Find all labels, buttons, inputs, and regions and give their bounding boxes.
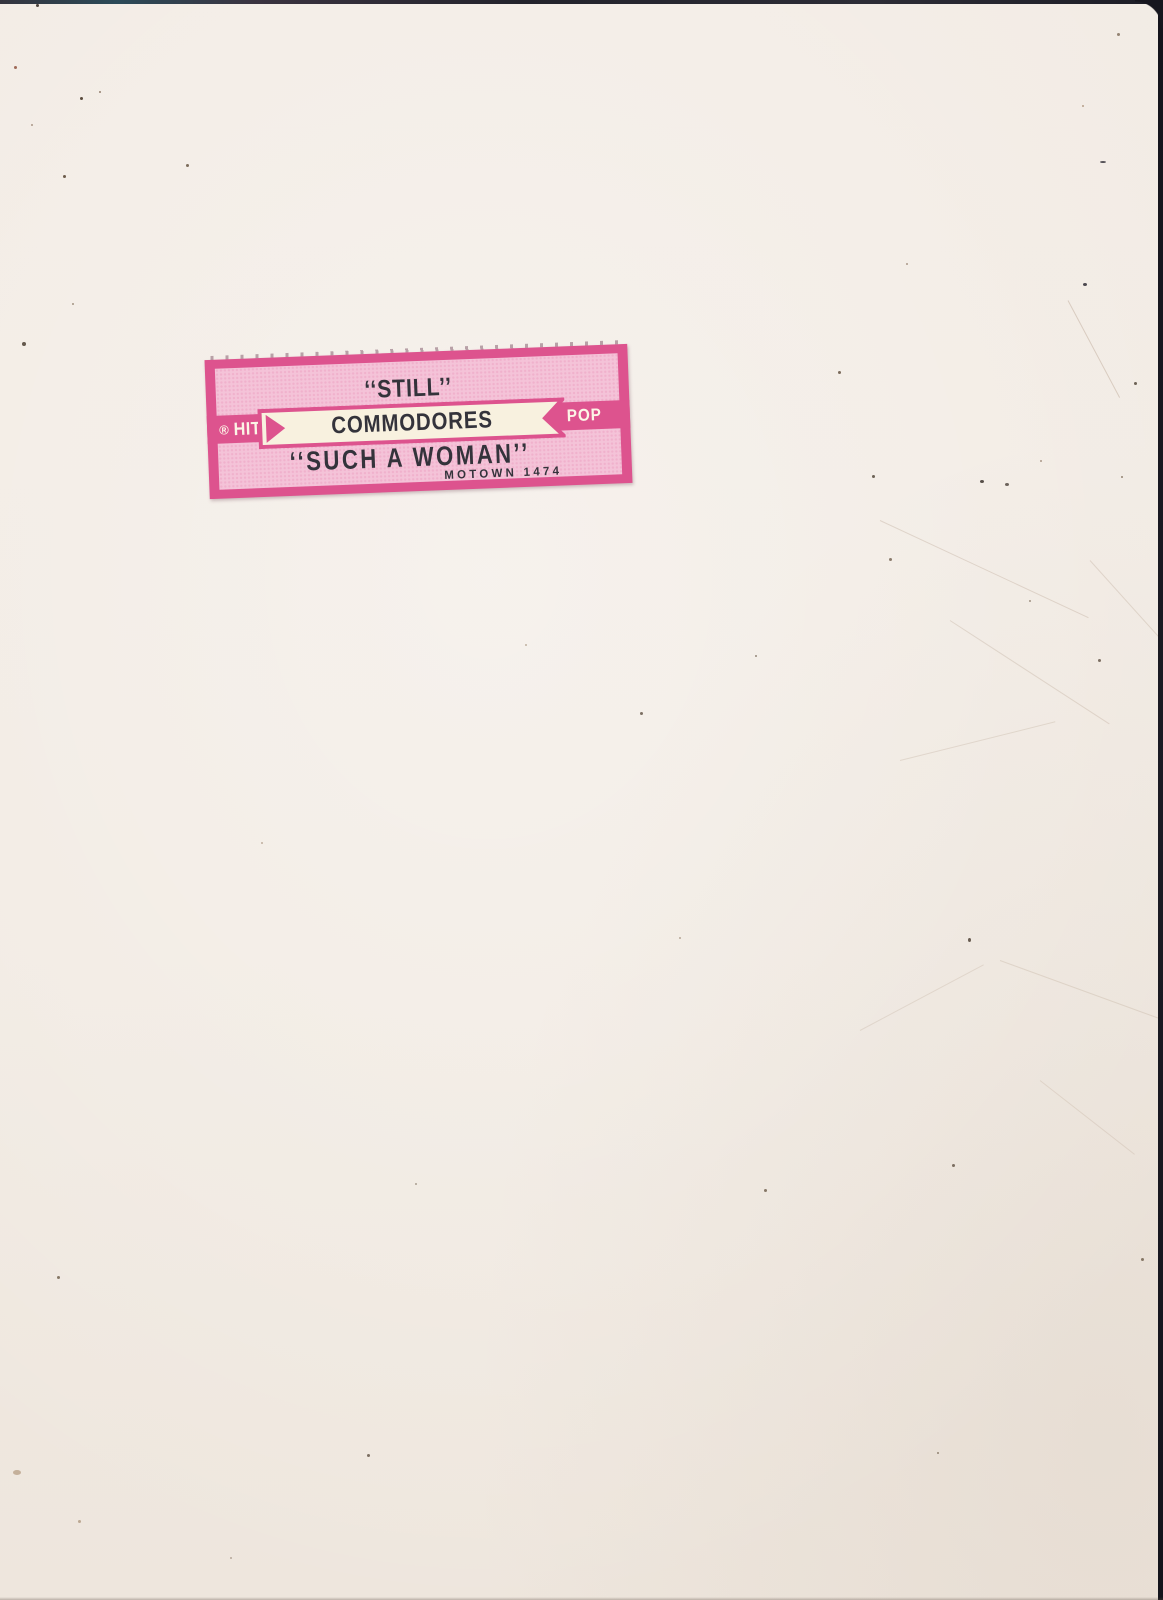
paper-speck xyxy=(1134,382,1137,385)
artist-name-text: COMMODORES xyxy=(330,406,492,440)
paper-speck xyxy=(889,558,892,561)
paper-speck xyxy=(1005,483,1009,486)
paper-speck xyxy=(1083,283,1087,286)
paper-speck xyxy=(838,371,841,374)
paper-speck xyxy=(1121,476,1123,478)
registered-mark-icon: ® xyxy=(219,423,229,436)
paper-speck xyxy=(952,1164,955,1167)
paper-speck xyxy=(57,1276,60,1279)
paper-speck xyxy=(1141,1258,1144,1261)
pop-badge: POP xyxy=(564,401,604,430)
paper-speck xyxy=(1040,460,1042,462)
paper-speck xyxy=(31,124,33,126)
paper-speck xyxy=(640,712,643,715)
paper-speck xyxy=(937,1452,939,1454)
paper-speck xyxy=(906,263,908,265)
paper-speck xyxy=(872,475,875,478)
paper-speck xyxy=(72,303,74,305)
paper-speck xyxy=(367,1454,370,1457)
scanner-edge-right xyxy=(1158,0,1163,1600)
paper-speck xyxy=(980,480,984,483)
paper-rounded-corner xyxy=(1135,0,1163,28)
song-title-top-text: ‘‘STILL’’ xyxy=(364,373,453,405)
paper-speck xyxy=(78,1520,81,1523)
paper-speck xyxy=(1082,105,1084,107)
paper-speck xyxy=(230,1557,232,1559)
paper-speck xyxy=(261,842,263,844)
paper-speck xyxy=(63,175,66,178)
paper-speck xyxy=(1098,659,1101,662)
paper-speck xyxy=(1100,161,1106,163)
paper-speck xyxy=(186,164,189,167)
paper-speck xyxy=(22,342,26,346)
paper-speck xyxy=(1029,600,1031,602)
paper-speck xyxy=(99,91,101,93)
paper-speck xyxy=(764,1189,767,1192)
paper-speck xyxy=(14,66,17,69)
paper-speck xyxy=(755,655,757,657)
paper-speck xyxy=(36,4,39,7)
paper-speck xyxy=(415,1183,417,1185)
scanned-paper-background xyxy=(0,0,1163,1600)
jukebox-title-strip: ‘‘STILL’’ ® HIT COMMODORES POP ‘‘SUCH A … xyxy=(204,344,632,499)
paper-speck xyxy=(679,937,681,939)
pop-badge-text: POP xyxy=(567,405,603,426)
paper-speck xyxy=(525,644,527,646)
paper-speck xyxy=(968,938,971,942)
scanner-edge-top xyxy=(0,0,1163,4)
paper-speck xyxy=(80,97,83,100)
paper-speck xyxy=(1117,33,1120,36)
paper-speck xyxy=(13,1470,21,1475)
hit-badge: ® HIT xyxy=(219,414,263,444)
